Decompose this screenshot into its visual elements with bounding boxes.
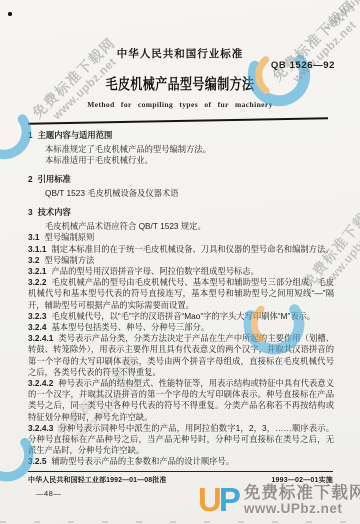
logo-letter-p: P [219, 481, 238, 518]
clause-number: 3.2.4 [28, 322, 46, 332]
clause: 3.2.4基本型号包括类号、种号、分种号三部分。 [28, 322, 334, 333]
clause: 3.2.1产品的型号用汉语拼音字母、阿拉伯数字组成型号标志。 [28, 266, 334, 277]
clause-text: 类号表示产品分类，分类方法决定于产品在生产中所起的主要作用（划槽、转鼓、转笼除外… [28, 333, 334, 377]
paragraph: 毛皮机械产品术语应符合 QB/T 1523 规定。 [28, 221, 334, 232]
paragraph: 本标准规定了毛皮机械产品的型号编制方法。 [28, 144, 334, 155]
clause-text: 毛皮机械产品的型号由毛皮机械代号、基本型号和辅助型号三部分组成。毛皮机械代号和基… [28, 277, 334, 309]
clause-text: 制定本标准目的在于统一毛皮机械设备、刀具和仪器的型号命名和编制方法。 [51, 244, 333, 254]
clause-number: 1 [28, 130, 33, 140]
section-heading: 3技术内容 [28, 207, 334, 218]
clause-text: 技术内容 [38, 207, 71, 217]
standard-number: QB 1526—92 [271, 60, 335, 71]
clause-number: 3.2 [28, 255, 40, 265]
clause: 3.2.3毛皮机械代号，以“毛”字的汉语拼音“Mao”字的字头大写印刷体“M”表… [28, 311, 334, 322]
clause-text: 毛皮机械代号，以“毛”字的汉语拼音“Mao”字的字头大写印刷体“M”表示。 [51, 311, 315, 321]
clause-text: 分种号表示同种号中派生的产品，用阿拉伯数字1，2，3，……顺序表示。分种号直接标… [28, 423, 334, 455]
clause-text: QB/T 1523 毛皮机械设备及仪器术语 [45, 188, 179, 198]
watermark-site-url: www.UPbz.net [244, 502, 360, 516]
clause-number: 3.2.4.1 [28, 333, 53, 343]
paragraph: 本标准适用于毛皮机械行业。 [28, 155, 334, 166]
section-heading: 2引用标准 [28, 174, 334, 185]
paragraph: QB/T 1523 毛皮机械设备及仪器术语 [28, 188, 334, 199]
scan-ink-dot [8, 12, 12, 16]
footer-rule [28, 471, 333, 472]
clause-text: 毛皮机械产品术语应符合 QB/T 1523 规定。 [45, 221, 206, 231]
clause: 3.2.4.1类号表示产品分类，分类方法决定于产品在生产中所起的主要作用（划槽、… [28, 333, 334, 378]
clause-text: 辅助型号表示产品的主参数和产品的设计顺序号。 [51, 456, 234, 466]
clause-text: 本标准规定了毛皮机械产品的型号编制方法。 [45, 144, 211, 154]
upbz-logo-text: 免费标准下载网 www.UPbz.net [244, 484, 360, 516]
clause-text: 引用标准 [38, 174, 71, 184]
scanned-standard-document-page: 免费标准下载网 www.upbz.net 免费标准下载网 www.upbz.ne… [0, 0, 360, 524]
clause-text: 基本型号包括类号、种号、分种号三部分。 [51, 322, 209, 332]
scan-noise-strip [0, 521, 360, 523]
clause-text: 产品的型号用汉语拼音字母、阿拉伯数字组成型号标志。 [51, 266, 258, 276]
implementation-date: 1993—02—01实施 [271, 475, 333, 485]
clause: 3.2.4.2种号表示产品的结构型式、性能特征等，用表示结构或特征中具有代表意义… [28, 378, 334, 423]
clause: 3.1.1制定本标准目的在于统一毛皮机械设备、刀具和仪器的型号命名和编制方法。 [28, 244, 334, 255]
document-body: 1主题内容与适用范围 本标准规定了毛皮机械产品的型号编制方法。 本标准适用于毛皮… [28, 130, 334, 468]
upbz-logo: UP 免费标准下载网 www.UPbz.net [198, 483, 360, 516]
clause-number: 3.2.4.3 [28, 423, 53, 433]
clause-text: 种号表示产品的结构型式、性能特征等，用表示结构或特征中具有代表意义的一个汉字，并… [28, 378, 334, 422]
watermark-site-name: 免费标准下载网 [244, 484, 360, 502]
section-heading: 1主题内容与适用范围 [28, 130, 334, 141]
clause-number: 3.1 [28, 232, 40, 242]
clause: 3.2型号编制方法 [28, 255, 334, 266]
clause-number: 3.2.5 [28, 456, 46, 466]
document-title-en: Method for compiling types of fur machin… [0, 100, 360, 109]
clause-text: 本标准适用于毛皮机械行业。 [45, 155, 153, 165]
clause: 3.1型号编制原则 [28, 232, 334, 243]
clause-number: 2 [28, 174, 33, 184]
page-number: —48— [36, 489, 61, 498]
clause: 3.2.2毛皮机械产品的型号由毛皮机械代号、基本型号和辅助型号三部分组成。毛皮机… [28, 277, 334, 311]
clause: 3.2.5辅助型号表示产品的主参数和产品的设计顺序号。 [28, 456, 334, 467]
clause: 3.2.4.3分种号表示同种号中派生的产品，用阿拉伯数字1，2，3，……顺序表示… [28, 423, 334, 457]
document-title-zh: 毛皮机械产品型号编制方法 [36, 73, 324, 94]
clause-number: 3.2.3 [28, 311, 46, 321]
clause-text: 型号编制原则 [45, 232, 95, 242]
header-rule [28, 117, 328, 125]
approval-note: 中华人民共和国轻工业部1992—01—08批准 [28, 475, 166, 485]
clause-number: 3.2.1 [28, 266, 46, 276]
upbz-logo-letters: UP [198, 483, 238, 516]
logo-letter-u: U [198, 481, 219, 518]
clause-text: 主题内容与适用范围 [38, 130, 113, 140]
standard-org-heading: 中华人民共和国行业标准 [0, 46, 360, 61]
clause-number: 3.2.2 [28, 277, 46, 287]
clause-text: 型号编制方法 [45, 255, 95, 265]
clause-number: 3 [28, 207, 33, 217]
clause-number: 3.1.1 [28, 244, 46, 254]
clause-number: 3.2.4.2 [28, 378, 53, 388]
